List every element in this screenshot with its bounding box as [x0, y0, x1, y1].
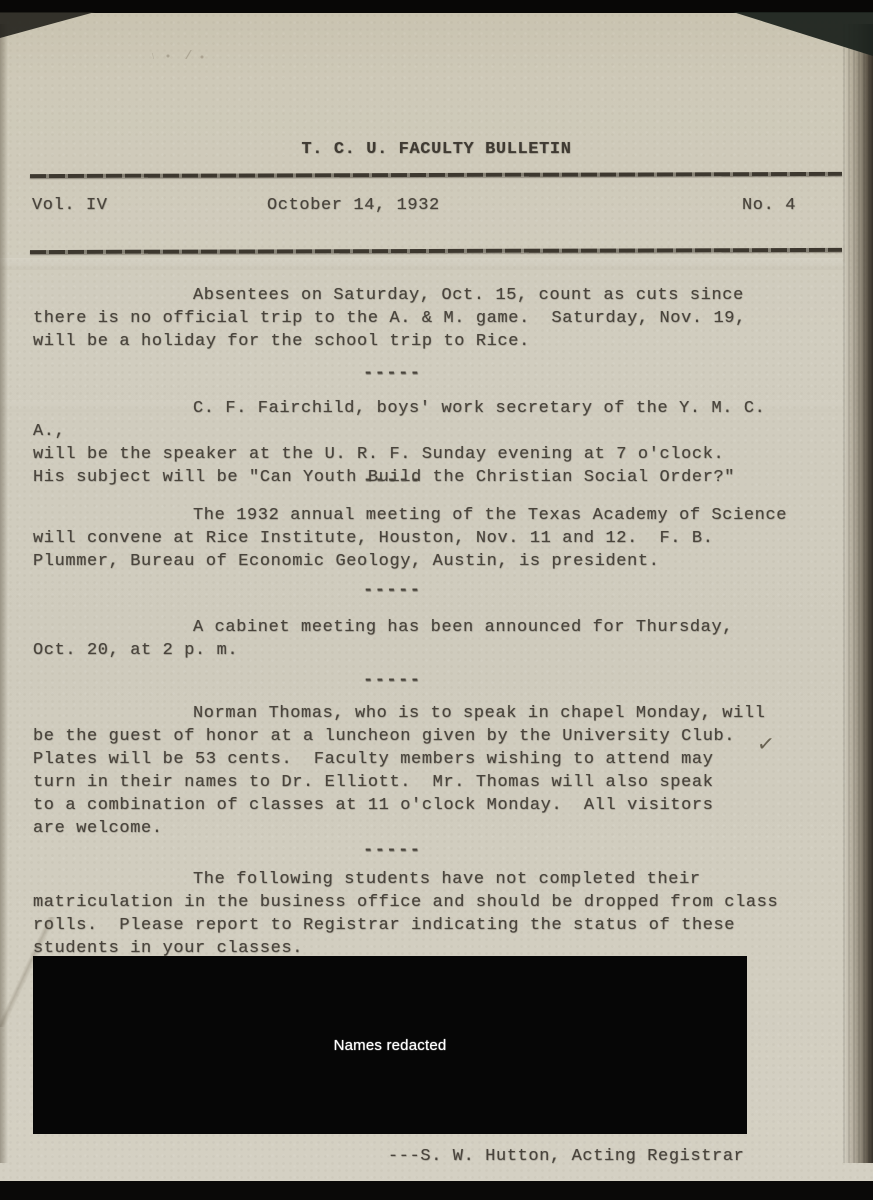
paragraph-academy-of-science: The 1932 annual meeting of the Texas Aca… [33, 504, 793, 573]
paragraph-matriculation: The following students have not complete… [33, 868, 793, 960]
page-left-edge-shadow [0, 24, 8, 1163]
issue-date: October 14, 1932 [267, 194, 440, 217]
horizontal-rule-top [30, 172, 842, 178]
paper-crease [0, 258, 843, 270]
issue-number: No. 4 [742, 194, 796, 217]
redaction-label: Names redacted [334, 1037, 447, 1054]
paper-sheet: T. C. U. FACULTY BULLETIN Vol. IV Octobe… [0, 12, 873, 1182]
scan-border-top [0, 0, 873, 13]
dash-separator: ----- [363, 362, 483, 385]
bulletin-title: T. C. U. FACULTY BULLETIN [0, 138, 873, 161]
scanned-bulletin-page: T. C. U. FACULTY BULLETIN Vol. IV Octobe… [0, 0, 873, 1200]
paragraph-norman-thomas: Norman Thomas, who is to speak in chapel… [33, 702, 793, 840]
dash-separator: ----- [363, 579, 483, 602]
pencil-mark [148, 50, 210, 60]
dash-separator: ----- [363, 669, 483, 692]
scan-border-bottom [0, 1181, 873, 1200]
redaction-box: Names redacted [33, 956, 747, 1134]
volume-label: Vol. IV [32, 194, 108, 217]
paragraph-cabinet-meeting: A cabinet meeting has been announced for… [33, 616, 793, 662]
paragraph-absentees: Absentees on Saturday, Oct. 15, count as… [33, 284, 793, 353]
signature-line: ---S. W. Hutton, Acting Registrar [388, 1145, 744, 1168]
dash-separator: ----- [363, 469, 483, 492]
dash-separator: ----- [363, 839, 483, 862]
horizontal-rule-masthead [30, 248, 842, 254]
page-stack-edge [843, 24, 873, 1163]
checkmark-annotation: ✓ [756, 731, 776, 757]
